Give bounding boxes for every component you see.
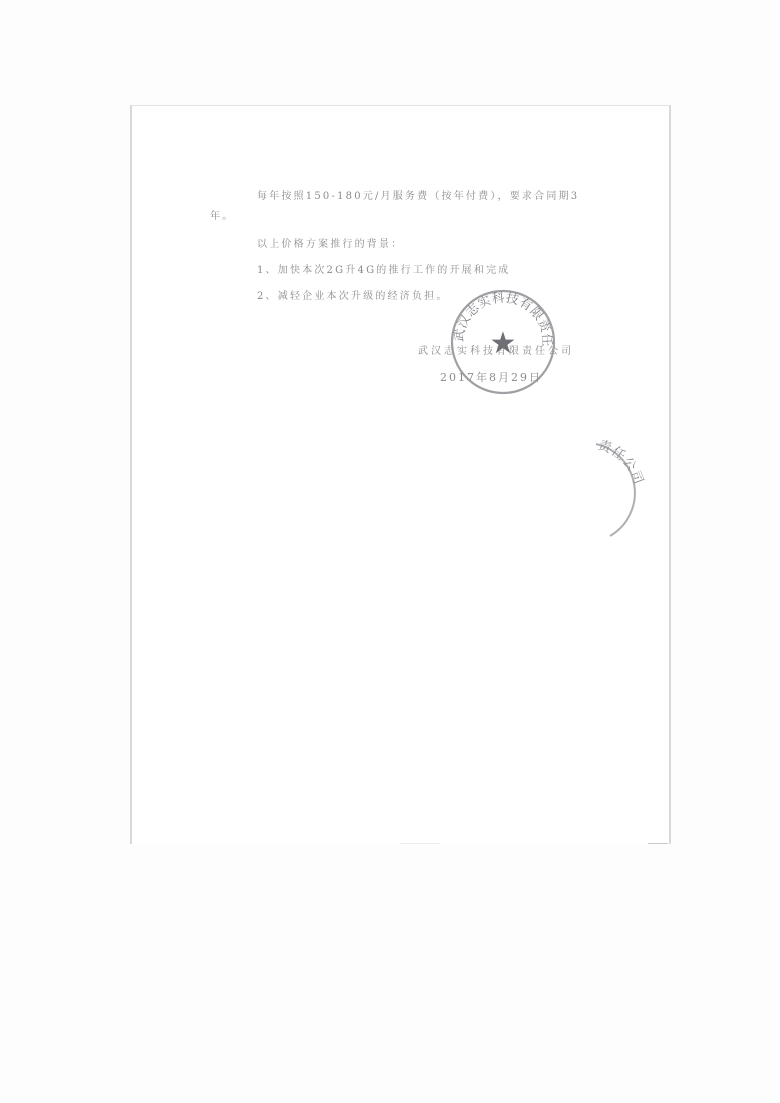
company-seal-stamp: 武汉志实科技有限责任公司 ★ — [450, 289, 556, 395]
reason-item-2: 2、减轻企业本次升级的经济负担。 — [257, 287, 449, 302]
star-icon: ★ — [490, 326, 517, 361]
svg-text:责任公司: 责任公司 — [596, 440, 646, 487]
background-heading: 以上价格方案推行的背景： — [257, 235, 403, 250]
reason-item-1: 1、加快本次2G升4G的推行工作的开展和完成 — [257, 261, 510, 276]
partial-seal-text: 责任公司 — [596, 440, 646, 487]
paragraph-price-line-1: 每年按照150-180元/月服务费（按年付费），要求合同期3 — [257, 187, 579, 202]
page-edge-mark — [400, 843, 440, 844]
paragraph-price-line-2: 年。 — [210, 207, 234, 222]
page-corner-mark — [648, 843, 668, 844]
partial-seal-stamp: 责任公司 — [580, 440, 650, 540]
